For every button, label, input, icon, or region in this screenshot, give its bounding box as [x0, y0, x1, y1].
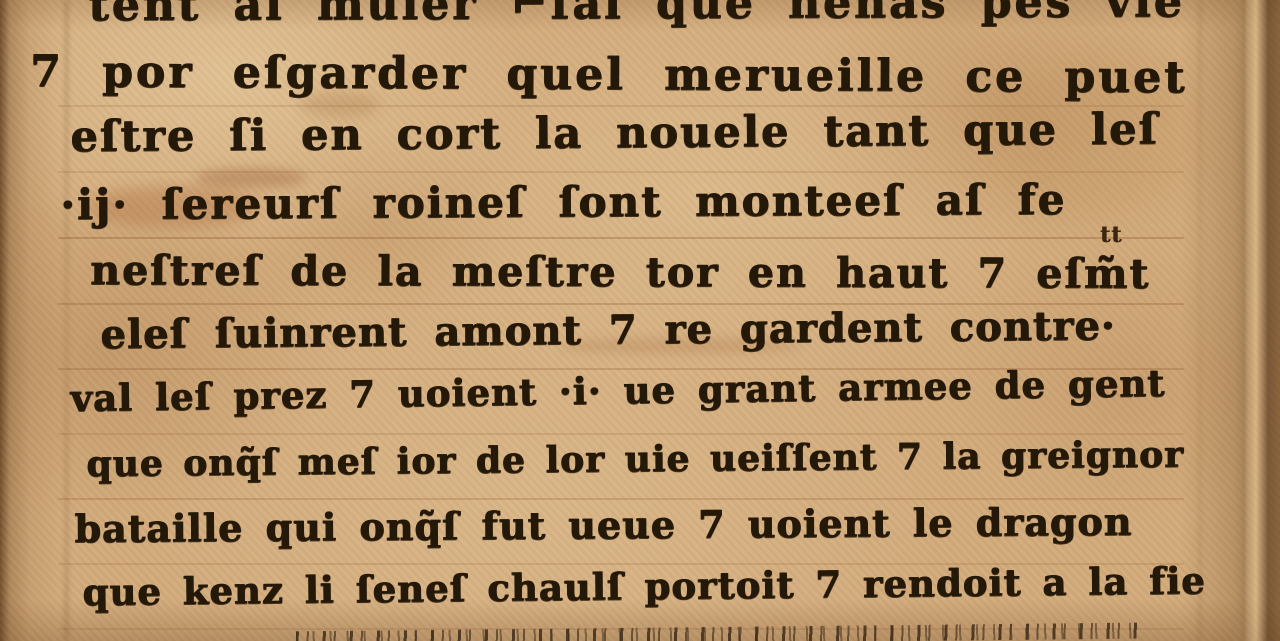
manuscript-line-5: neſtreſ de la meſtre tor en haut 7 eſm̃t	[90, 250, 1150, 295]
page-right-edge	[1232, 0, 1280, 641]
vertical-crease	[1198, 0, 1202, 641]
ruling-line	[58, 237, 1184, 239]
bottom-cropped-line-fragments	[296, 623, 1138, 641]
manuscript-line-2: 7 por eſgarder quel merueille ce puet	[30, 50, 1188, 100]
manuscript-line-8: que onq̃ſ meſ ior de lor uie ueiſſent 7 …	[86, 436, 1184, 482]
manuscript-line-1: tent al muler ⌐ſal que nenas pes vie	[88, 0, 1185, 28]
manuscript-line-3: eſtre ſi en cort la nouele tant que leſ	[70, 108, 1159, 159]
manuscript-line-10: que kenz li ſeneſ chaulſ portoit 7 rendo…	[82, 562, 1206, 611]
manuscript-line-6: eleſ ſuinrent amont 7 re gardent contre·	[100, 306, 1116, 355]
interlinear-correction: tt	[1100, 222, 1122, 248]
manuscript-line-4: ·ij· ſereurſ roineſ ſont monteeſ aſ fe	[60, 179, 1066, 226]
manuscript-line-9: bataille qui onq̃ſ fut ueue 7 uoient le …	[74, 503, 1132, 548]
manuscript-line-7: val leſ prez 7 uoient ·i· ue grant armee…	[70, 365, 1165, 417]
manuscript-page-photo: tent al muler ⌐ſal que nenas pes vie 7 p…	[0, 0, 1280, 641]
